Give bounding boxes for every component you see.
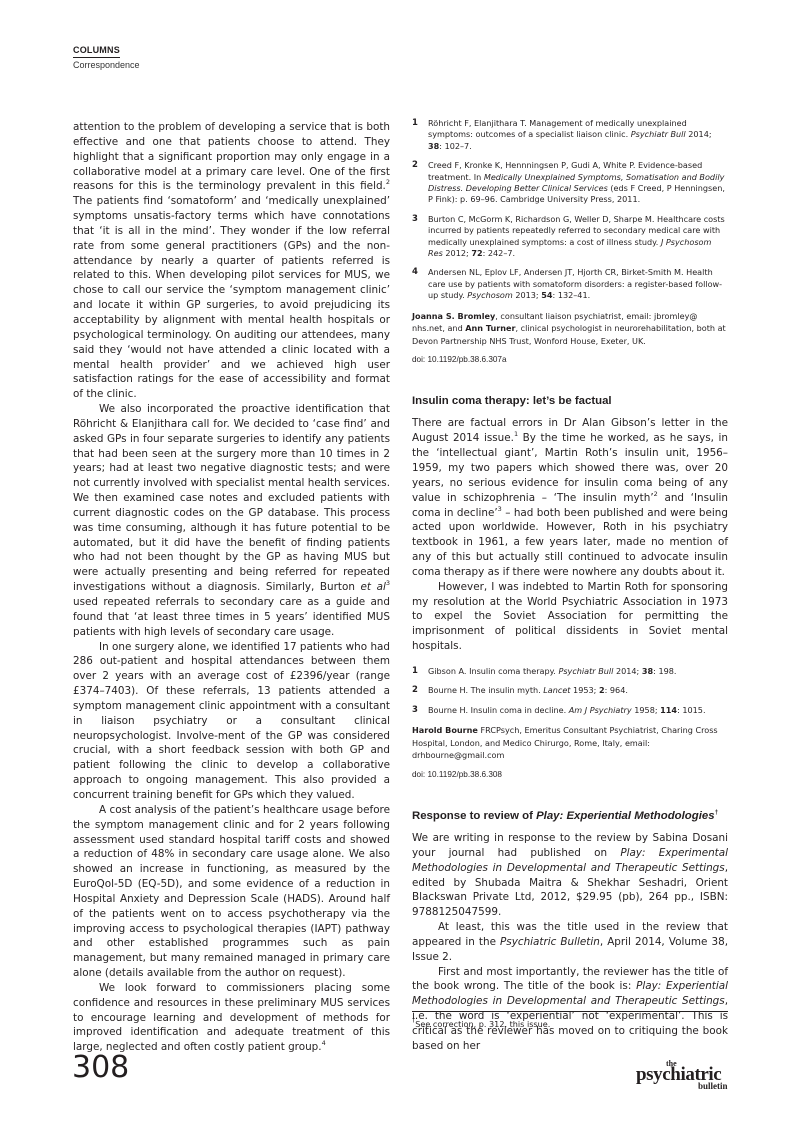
page-number: 308	[72, 1050, 129, 1085]
reference-list: 1Röhricht F, Elanjithara T. Management o…	[412, 118, 728, 302]
reference-item: 4Andersen NL, Eplov LF, Andersen JT, Hjo…	[412, 267, 728, 301]
reference-item: 3Burton C, McGorm K, Richardson G, Welle…	[412, 214, 728, 260]
section-label: COLUMNS	[73, 45, 120, 58]
reference-item: 2Bourne H. The insulin myth. Lancet 1953…	[412, 685, 728, 696]
reference-item: 2Creed F, Kronke K, Hennningsen P, Gudi …	[412, 160, 728, 206]
paragraph: There are factual errors in Dr Alan Gibs…	[412, 416, 728, 579]
footnote-divider	[412, 1011, 728, 1012]
author-affiliation: Harold Bourne FRCPsych, Emeritus Consult…	[412, 724, 728, 762]
letter-title: Response to review of Play: Experiential…	[412, 809, 728, 823]
paragraph: We also incorporated the proactive ident…	[73, 402, 390, 640]
letter-body: There are factual errors in Dr Alan Gibs…	[412, 416, 728, 654]
reference-item: 1Röhricht F, Elanjithara T. Management o…	[412, 118, 728, 152]
doi-link[interactable]: doi: 10.1192/pb.38.6.307a	[412, 355, 728, 364]
doi-link[interactable]: doi: 10.1192/pb.38.6.308	[412, 770, 728, 779]
right-column: 1Röhricht F, Elanjithara T. Management o…	[412, 118, 728, 1054]
letter-title: Insulin coma therapy: let’s be factual	[412, 394, 728, 408]
reference-item: 3Bourne H. Insulin coma in decline. Am J…	[412, 705, 728, 716]
footnote: †See correction, p. 312, this issue.	[412, 1019, 550, 1029]
paragraph: A cost analysis of the patient’s healthc…	[73, 803, 390, 981]
citation-sup: 4	[322, 1039, 326, 1047]
paragraph: At least, this was the title used in the…	[412, 920, 728, 965]
running-header: COLUMNS Correspondence	[73, 38, 140, 70]
subsection-label: Correspondence	[73, 60, 140, 70]
left-column: attention to the problem of developing a…	[73, 120, 390, 1055]
citation-sup: 3	[386, 579, 390, 587]
citation-sup: 2	[386, 178, 390, 186]
author-affiliation: Joanna S. Bromley, consultant liaison ps…	[412, 310, 728, 348]
reference-item: 1Gibson A. Insulin coma therapy. Psychia…	[412, 666, 728, 677]
paragraph: We are writing in response to the review…	[412, 831, 728, 920]
paragraph: First and most importantly, the reviewer…	[412, 965, 728, 1054]
paragraph: However, I was indebted to Martin Roth f…	[412, 580, 728, 654]
reference-list: 1Gibson A. Insulin coma therapy. Psychia…	[412, 666, 728, 716]
paragraph: attention to the problem of developing a…	[73, 120, 390, 402]
paragraph: In one surgery alone, we identified 17 p…	[73, 640, 390, 803]
paragraph: We look forward to commissioners placing…	[73, 981, 390, 1055]
journal-logo: the psychiatric bulletin	[636, 1060, 736, 1090]
